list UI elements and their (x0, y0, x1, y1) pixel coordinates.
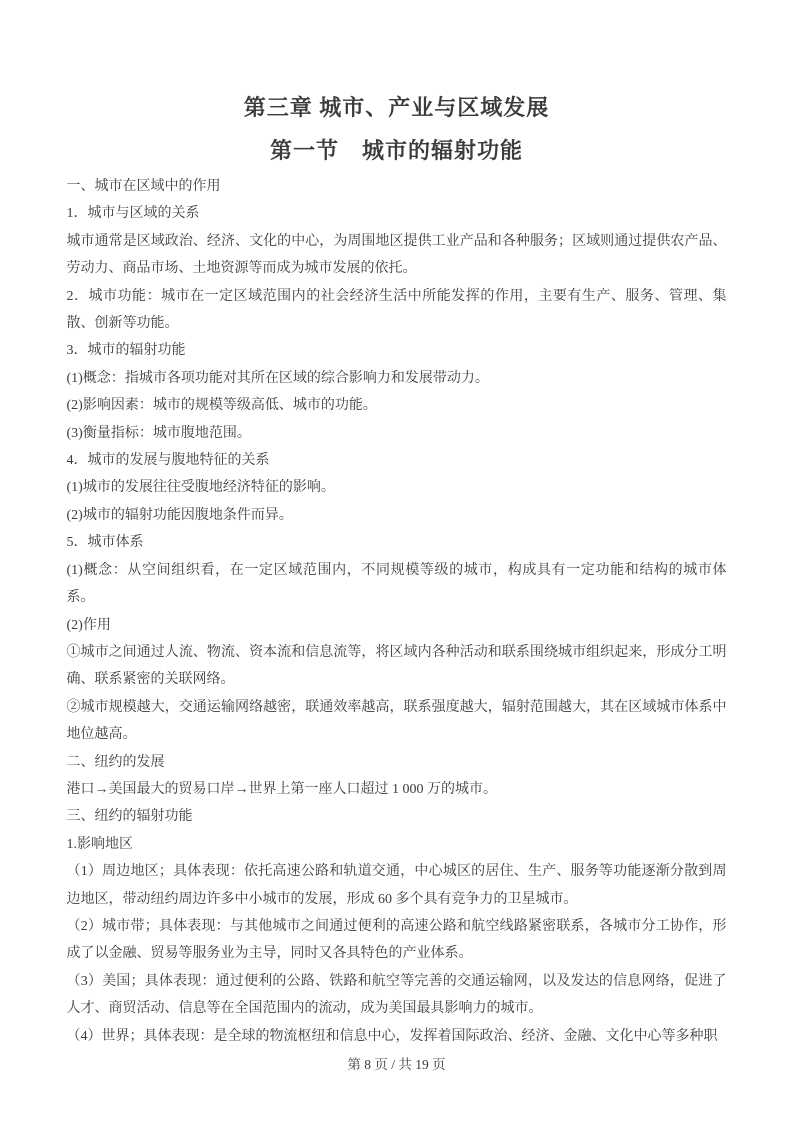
paragraph: (2)影响因素：城市的规模等级高低、城市的功能。 (67, 392, 727, 419)
paragraph: ②城市规模越大，交通运输网络越密，联通效率越高，联系强度越大，辐射范围越大，其在… (67, 694, 727, 749)
paragraph: 3．城市的辐射功能 (67, 337, 727, 364)
paragraph: 1．城市与区域的关系 (67, 200, 727, 227)
document-body: 一、城市在区域中的作用1．城市与区域的关系城市通常是区域政治、经济、文化的中心，… (67, 173, 727, 1050)
paragraph: (2)作用 (67, 612, 727, 639)
paragraph: 5．城市体系 (67, 529, 727, 556)
paragraph: 三、纽约的辐射功能 (67, 803, 727, 830)
document-page: 第三章 城市、产业与区域发展 第一节 城市的辐射功能 一、城市在区域中的作用1．… (0, 0, 793, 1122)
paragraph: 1.影响地区 (67, 831, 727, 858)
paragraph: (3)衡量指标：城市腹地范围。 (67, 420, 727, 447)
paragraph: (1)概念：从空间组织看，在一定区域范围内，不同规模等级的城市，构成具有一定功能… (67, 557, 727, 612)
paragraph: 二、纽约的发展 (67, 749, 727, 776)
paragraph: 2．城市功能：城市在一定区域范围内的社会经济生活中所能发挥的作用，主要有生产、服… (67, 283, 727, 338)
paragraph: （1）周边地区；具体表现：依托高速公路和轨道交通，中心城区的居住、生产、服务等功… (67, 858, 727, 913)
paragraph: 一、城市在区域中的作用 (67, 173, 727, 200)
paragraph: （4）世界；具体表现：是全球的物流枢纽和信息中心，发挥着国际政治、经济、金融、文… (67, 1023, 727, 1050)
page-number-footer: 第 8 页 / 共 19 页 (0, 1053, 793, 1073)
paragraph: (1)概念：指城市各项功能对其所在区域的综合影响力和发展带动力。 (67, 365, 727, 392)
paragraph: （3）美国；具体表现：通过便利的公路、铁路和航空等完善的交通运输网，以及发达的信… (67, 968, 727, 1023)
section-title: 第一节 城市的辐射功能 (0, 136, 793, 166)
paragraph: (1)城市的发展往往受腹地经济特征的影响。 (67, 474, 727, 501)
paragraph: 港口→美国最大的贸易口岸→世界上第一座人口超过 1 000 万的城市。 (67, 776, 727, 803)
paragraph: (2)城市的辐射功能因腹地条件而异。 (67, 502, 727, 529)
paragraph: ①城市之间通过人流、物流、资本流和信息流等，将区域内各种活动和联系围绕城市组织起… (67, 639, 727, 694)
paragraph: 城市通常是区域政治、经济、文化的中心，为周围地区提供工业产品和各种服务；区域则通… (67, 228, 727, 283)
paragraph: 4．城市的发展与腹地特征的关系 (67, 447, 727, 474)
paragraph: （2）城市带；具体表现：与其他城市之间通过便利的高速公路和航空线路紧密联系，各城… (67, 913, 727, 968)
chapter-title: 第三章 城市、产业与区域发展 (0, 0, 793, 123)
